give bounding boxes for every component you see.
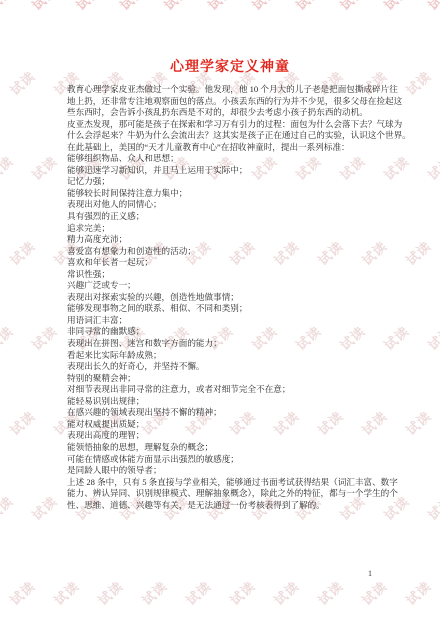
text-line: 上述 28 条中，只有 5 条直接与学业相关，能够通过书面考试获得结果（词汇丰富… bbox=[67, 477, 397, 489]
watermark-text: 试读 bbox=[0, 151, 17, 184]
text-line: 可能在情感或体能方面显示出强烈的敏感度； bbox=[67, 454, 397, 466]
text-line: 在此基础上，美国的“天才儿童教育中心”在招收神童时，提出一系列标准： bbox=[67, 142, 397, 154]
text-line: 记忆力强； bbox=[67, 176, 397, 188]
text-line: 具有强烈的正义感； bbox=[67, 211, 397, 223]
text-line: 能够迅速学习新知识，并且马上运用于实际中； bbox=[67, 165, 397, 177]
watermark-text: 试读 bbox=[357, 576, 391, 609]
watermark-text: 试读 bbox=[27, 491, 61, 524]
text-line: 表现出长久的好奇心，并坚持不懈。 bbox=[67, 361, 397, 373]
text-line: 特别的聚精会神； bbox=[67, 373, 397, 385]
watermark-text: 试读 bbox=[137, 576, 171, 609]
text-line: 追求完美； bbox=[67, 223, 397, 235]
watermark-text: 试读 bbox=[247, 0, 281, 14]
text-line: 表现出高度的理智； bbox=[67, 430, 397, 442]
watermark-text: 试读 bbox=[115, 0, 149, 14]
text-line: 表现出对他人的同情心； bbox=[67, 199, 397, 211]
watermark-text: 试读 bbox=[401, 406, 435, 439]
text-line: 什么会浮起来？牛奶为什么会流出去？这其实是孩子正在通过自己的实验，认识这个世界。 bbox=[67, 130, 397, 142]
text-line: 能够组织物品、众人和思想； bbox=[67, 153, 397, 165]
watermark-text: 试读 bbox=[401, 576, 435, 609]
text-line: 能对权威提出质疑； bbox=[67, 419, 397, 431]
document-page: 试读试读试读试读试读试读试读试读试读试读试读试读试读试读试读试读试读试读试读试读… bbox=[0, 0, 440, 620]
watermark-text: 试读 bbox=[313, 576, 347, 609]
watermark-text: 试读 bbox=[423, 151, 440, 184]
watermark-text: 试读 bbox=[5, 576, 39, 609]
text-line: 常识性强； bbox=[67, 269, 397, 281]
watermark-text: 试读 bbox=[93, 576, 127, 609]
text-line: 些东西时，会告诉小孩乱扔东西是不对的，却很少去考虑小孩子扔东西的动机。 bbox=[67, 107, 397, 119]
watermark-text: 试读 bbox=[71, 0, 105, 14]
watermark-text: 试读 bbox=[423, 0, 440, 14]
text-line: 地上扔，还非常专注地观察面包的落点。小孩丢东西的行为并不少见，很多父母在捡起这 bbox=[67, 96, 397, 108]
watermark-text: 试读 bbox=[27, 321, 61, 354]
watermark-text: 试读 bbox=[0, 491, 17, 524]
text-line: 教育心理学家皮亚杰做过一个实验。他发现，他 10 个月大的儿子老是把面包撕成碎片… bbox=[67, 84, 397, 96]
watermark-text: 试读 bbox=[0, 0, 17, 14]
text-line: 能力、辨认异同、识别规律模式、理解抽象概念），除此之外的特征，都与一个学生的个 bbox=[67, 488, 397, 500]
page-number: 1 bbox=[368, 569, 372, 578]
text-line: 能够较长时间保持注意力集中； bbox=[67, 188, 397, 200]
text-line: 喜欢和年长者一起玩； bbox=[67, 257, 397, 269]
text-line: 喜爱富有想象力和创造性的活动； bbox=[67, 246, 397, 258]
watermark-text: 试读 bbox=[181, 576, 215, 609]
text-line: 兴趣广泛或专一； bbox=[67, 280, 397, 292]
watermark-text: 试读 bbox=[401, 66, 435, 99]
watermark-text: 试读 bbox=[159, 0, 193, 14]
watermark-text: 试读 bbox=[27, 151, 61, 184]
watermark-text: 试读 bbox=[379, 0, 413, 14]
page-title: 心理学家定义神童 bbox=[67, 56, 393, 76]
text-line: 在感兴趣的领域表现出坚持不懈的精神； bbox=[67, 407, 397, 419]
text-line: 是同龄人眼中的领导者； bbox=[67, 465, 397, 477]
text-line: 性、思维、道德、兴趣等有关，是无法通过一份考核表得到了解的。 bbox=[67, 500, 397, 512]
text-line: 表现出对探索实验的兴趣，创造性地做事情； bbox=[67, 292, 397, 304]
text-line: 能够发现事物之间的联系、相似、不同和类别； bbox=[67, 303, 397, 315]
text-line: 非同寻常的幽默感； bbox=[67, 326, 397, 338]
watermark-text: 试读 bbox=[423, 321, 440, 354]
watermark-text: 试读 bbox=[269, 576, 303, 609]
text-line: 表现出在拼图、迷宫和数字方面的能力； bbox=[67, 338, 397, 350]
text-line: 对细节表现出非同寻常的注意力，或者对细节完全不在意； bbox=[67, 384, 397, 396]
text-line: 看起来比实际年龄成熟； bbox=[67, 350, 397, 362]
watermark-text: 试读 bbox=[225, 576, 259, 609]
text-line: 能轻易识别出规律； bbox=[67, 396, 397, 408]
watermark-text: 试读 bbox=[27, 0, 61, 14]
watermark-text: 试读 bbox=[423, 491, 440, 524]
watermark-text: 试读 bbox=[49, 576, 83, 609]
watermark-text: 试读 bbox=[291, 0, 325, 14]
watermark-text: 试读 bbox=[0, 321, 17, 354]
watermark-text: 试读 bbox=[203, 0, 237, 14]
watermark-text: 试读 bbox=[5, 66, 39, 99]
watermark-text: 试读 bbox=[5, 236, 39, 269]
text-line: 精力高度充沛； bbox=[67, 234, 397, 246]
watermark-text: 试读 bbox=[5, 406, 39, 439]
text-line: 皮亚杰发现，那可能是孩子在探索和学习万有引力的过程：面包为什么会落下去？气球为 bbox=[67, 119, 397, 131]
document-body: 教育心理学家皮亚杰做过一个实验。他发现，他 10 个月大的儿子老是把面包撕成碎片… bbox=[67, 84, 397, 511]
text-line: 能领悟抽象的思想，理解复杂的概念； bbox=[67, 442, 397, 454]
text-line: 用语词汇丰富； bbox=[67, 315, 397, 327]
watermark-text: 试读 bbox=[335, 0, 369, 14]
watermark-text: 试读 bbox=[401, 236, 435, 269]
